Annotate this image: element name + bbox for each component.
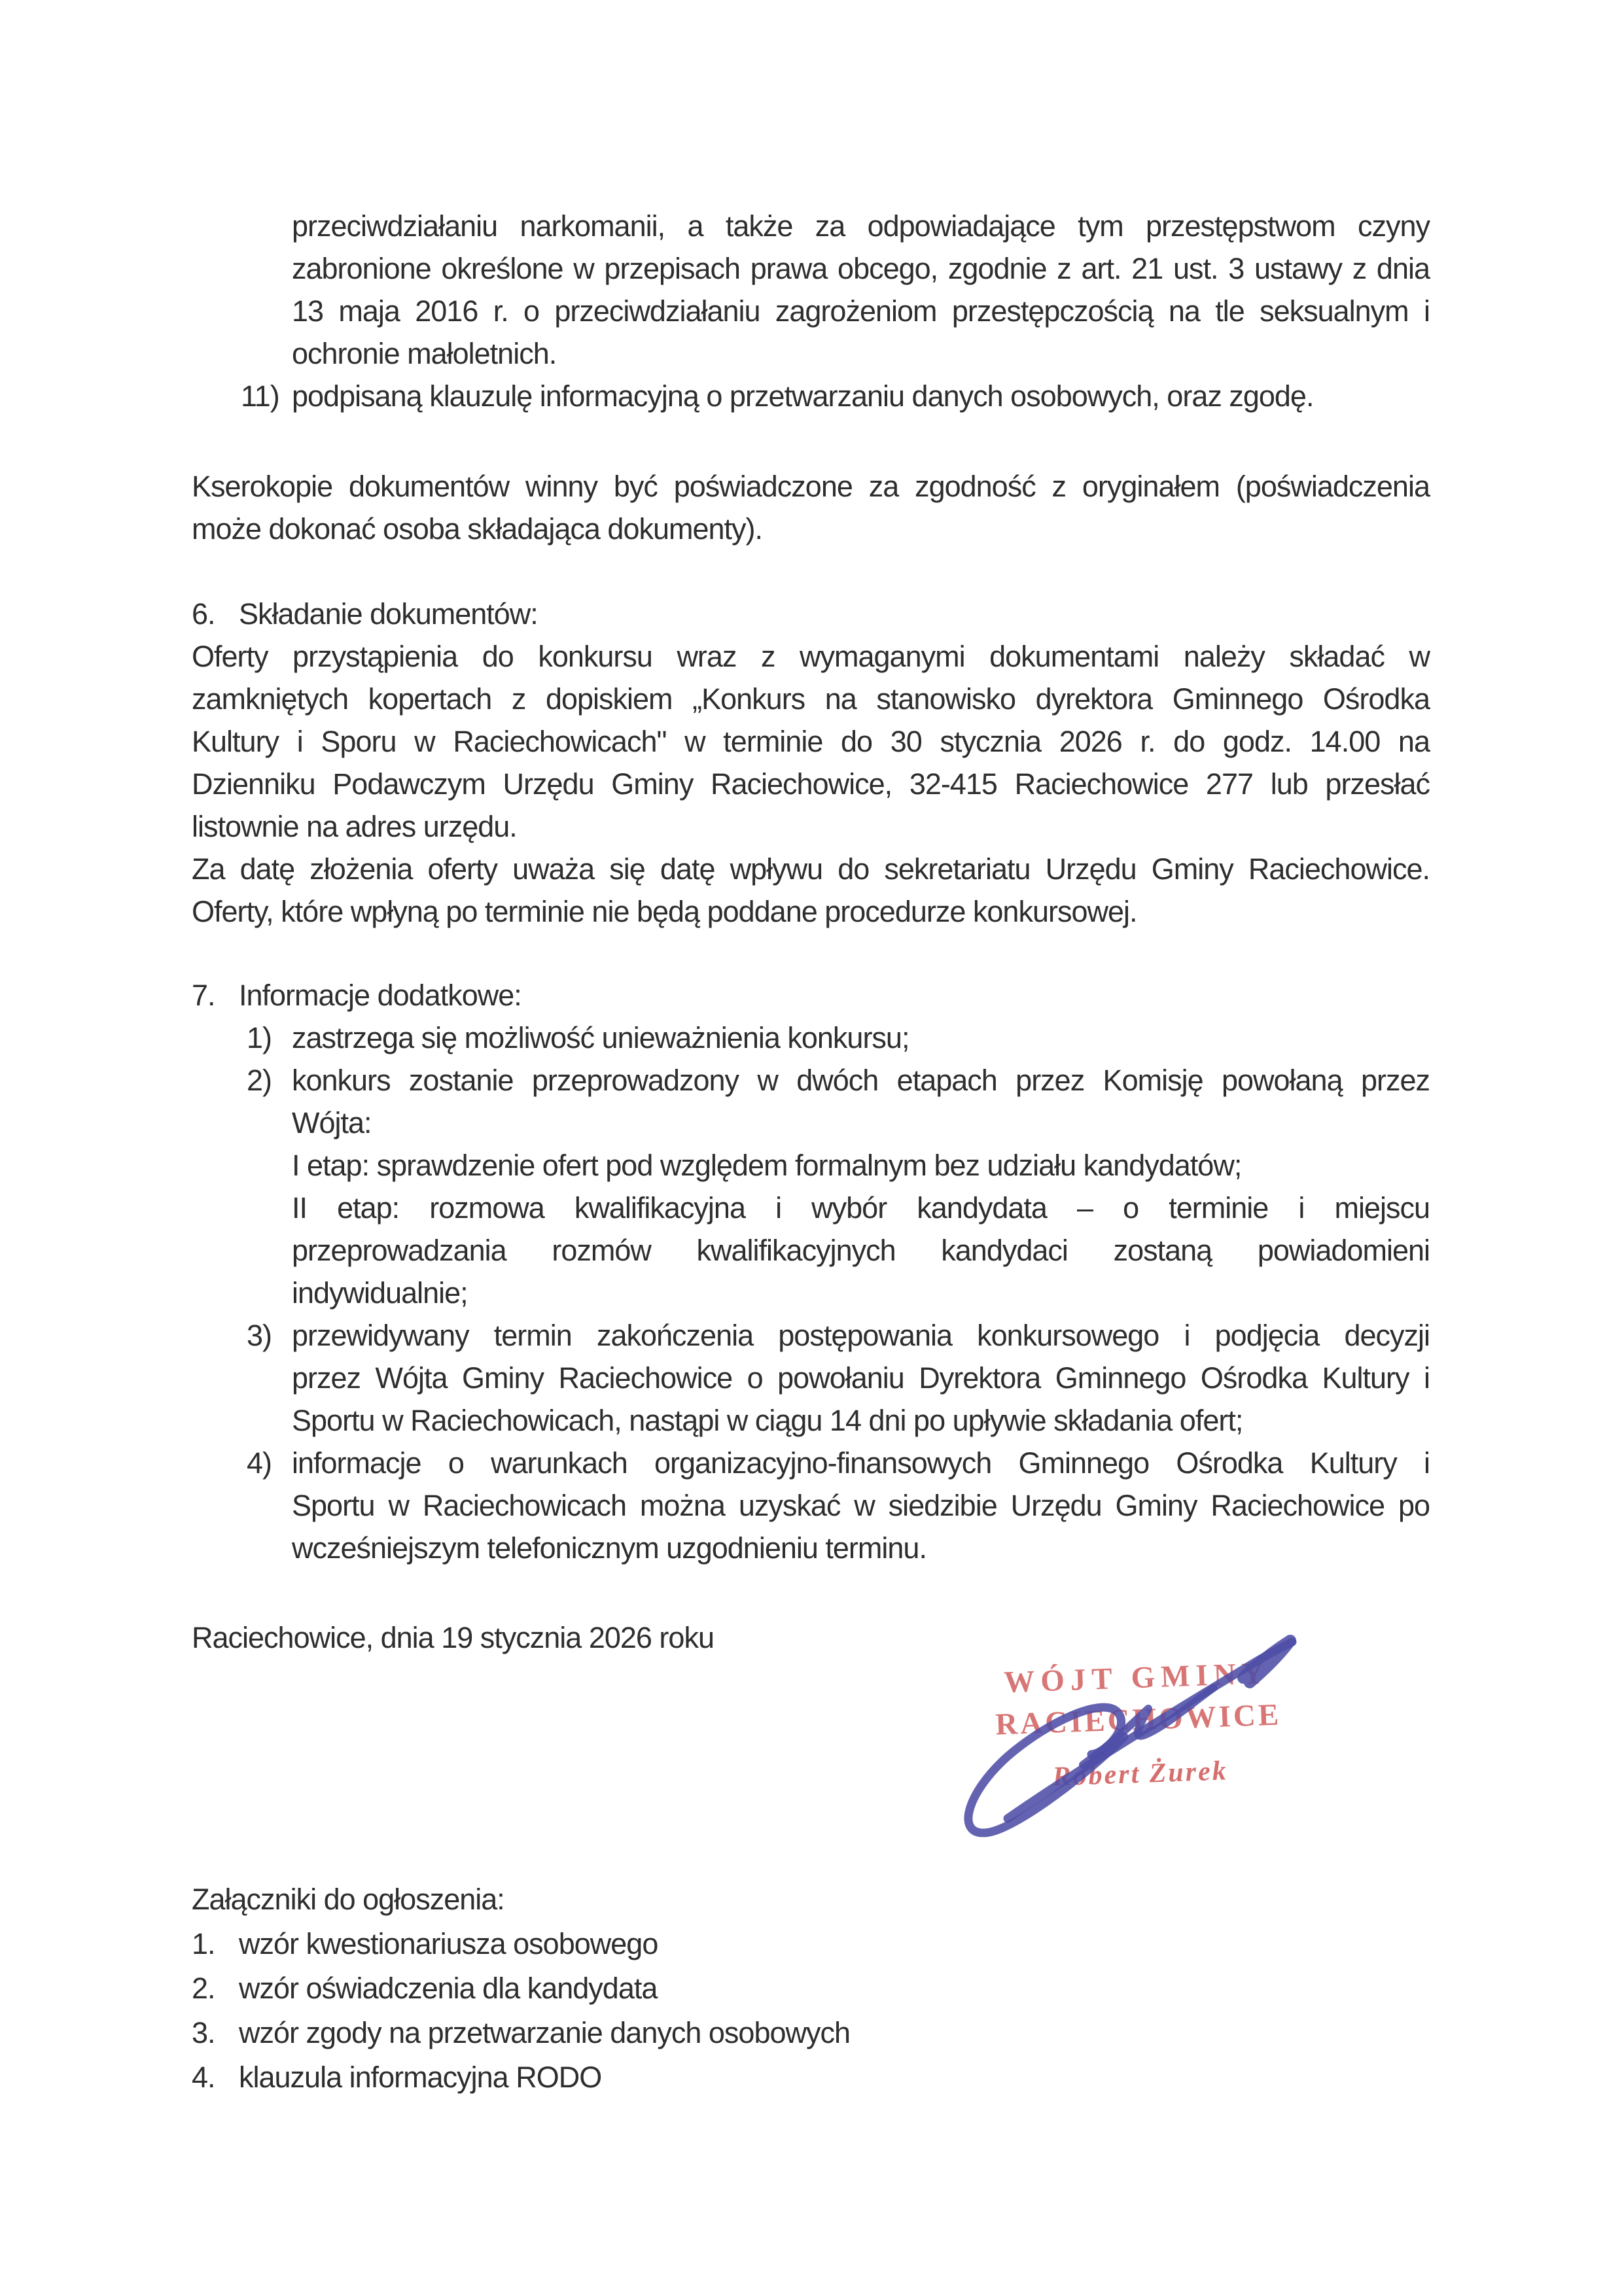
numbered-list-item: 4)informacje o warunkach organizacyjno-f… [192,1442,1430,1484]
section6-heading: 6. Składanie dokumentów: [192,593,1430,635]
attachment-number: 2. [192,1966,239,2011]
text-line: Oferty przystąpienia do konkursu wraz z … [192,635,1430,678]
text-line: Dzienniku Podawczym Urzędu Gminy Raciech… [192,763,1430,805]
attachment-text: wzór oświadczenia dla kandydata [239,1966,657,2011]
attachment-text: wzór kwestionariusza osobowego [239,1922,658,1966]
attachment-item: 1.wzór kwestionariusza osobowego [192,1922,1430,1966]
list-item-11-number: 11) [241,375,292,417]
attachment-item: 2.wzór oświadczenia dla kandydata [192,1966,1430,2011]
text-line: indywidualnie; [292,1272,1430,1314]
section7-heading: 7. Informacje dodatkowe: [192,974,1430,1017]
document-page: przeciwdziałaniu narkomanii, a także za … [0,0,1624,2296]
attachments-list: 1.wzór kwestionariusza osobowego2.wzór o… [192,1922,1430,2100]
list-item-number: 4) [247,1442,292,1484]
text-line: Kultury i Sporu w Raciechowicach" w term… [192,720,1430,763]
attachment-number: 1. [192,1922,239,1966]
list-item-number: 3) [247,1314,292,1357]
list-item-11-text: podpisaną klauzulę informacyjną o przetw… [292,375,1430,417]
attachments: Załączniki do ogłoszenia: 1.wzór kwestio… [192,1877,1430,2100]
section6-body: Oferty przystąpienia do konkursu wraz z … [192,635,1430,933]
text-line: zabronione określone w przepisach prawa … [292,247,1430,290]
attachment-item: 3.wzór zgody na przetwarzanie danych oso… [192,2011,1430,2055]
section7-number: 7. [192,974,239,1017]
text-line: listownie na adres urzędu. [192,805,1430,848]
attachments-title: Załączniki do ogłoszenia: [192,1877,1430,1922]
attachment-text: wzór zgody na przetwarzanie danych osobo… [239,2011,850,2055]
text-line: ochronie małoletnich. [292,332,1430,375]
text-line: przez Wójta Gminy Raciechowice o powołan… [292,1357,1430,1399]
numbered-list-item: 2)konkurs zostanie przeprowadzony w dwóc… [192,1059,1430,1102]
text-line: przeciwdziałaniu narkomanii, a także za … [292,205,1430,247]
text-line: przewidywany termin zakończenia postępow… [292,1314,1430,1357]
text-line: Oferty, które wpłyną po terminie nie będ… [192,890,1430,933]
item10-continuation: przeciwdziałaniu narkomanii, a także za … [192,205,1430,375]
text-line: Sportu w Raciechowicach można uzyskać w … [292,1484,1430,1527]
text-line: przeprowadzania rozmów kwalifikacyjnych … [292,1229,1430,1272]
text-line: może dokonać osoba składająca dokumenty)… [192,508,1430,550]
text-line: konkurs zostanie przeprowadzony w dwóch … [292,1059,1430,1102]
list-item-number: 1) [247,1017,292,1059]
text-line: Kserokopie dokumentów winny być poświadc… [192,465,1430,508]
certification-note: Kserokopie dokumentów winny być poświadc… [192,465,1430,550]
text-line: Wójta: [292,1102,1430,1144]
text-line: Za datę złożenia oferty uważa się datę w… [192,848,1430,890]
text-line: I etap: sprawdzenie ofert pod względem f… [292,1144,1430,1187]
signature-stroke-loop [968,1707,1124,1833]
list-item-number: 2) [247,1059,292,1102]
section6-title: Składanie dokumentów: [239,593,538,635]
text-line: Sportu w Raciechowicach, nastąpi w ciągu… [292,1399,1430,1442]
section7-title: Informacje dodatkowe: [239,974,521,1017]
attachment-text: klauzula informacyjna RODO [239,2055,601,2100]
text-line: wcześniejszym telefonicznym uzgodnieniu … [292,1527,1430,1569]
text-line: 13 maja 2016 r. o przeciwdziałaniu zagro… [292,290,1430,332]
numbered-list-item: 1)zastrzega się możliwość unieważnienia … [192,1017,1430,1059]
attachment-number: 4. [192,2055,239,2100]
signature-ink [916,1616,1309,1838]
text-line: zamkniętych kopertach z dopiskiem „Konku… [192,678,1430,720]
text-line: II etap: rozmowa kwalifikacyjna i wybór … [292,1187,1430,1229]
attachment-number: 3. [192,2011,239,2055]
section7-items: 1)zastrzega się możliwość unieważnienia … [192,1017,1430,1569]
text-line: zastrzega się możliwość unieważnienia ko… [292,1017,1430,1059]
attachment-item: 4.klauzula informacyjna RODO [192,2055,1430,2100]
section6-number: 6. [192,593,239,635]
numbered-list-item: 3)przewidywany termin zakończenia postęp… [192,1314,1430,1357]
list-item-11: 11) podpisaną klauzulę informacyjną o pr… [192,375,1430,417]
text-line: informacje o warunkach organizacyjno-fin… [292,1442,1430,1484]
